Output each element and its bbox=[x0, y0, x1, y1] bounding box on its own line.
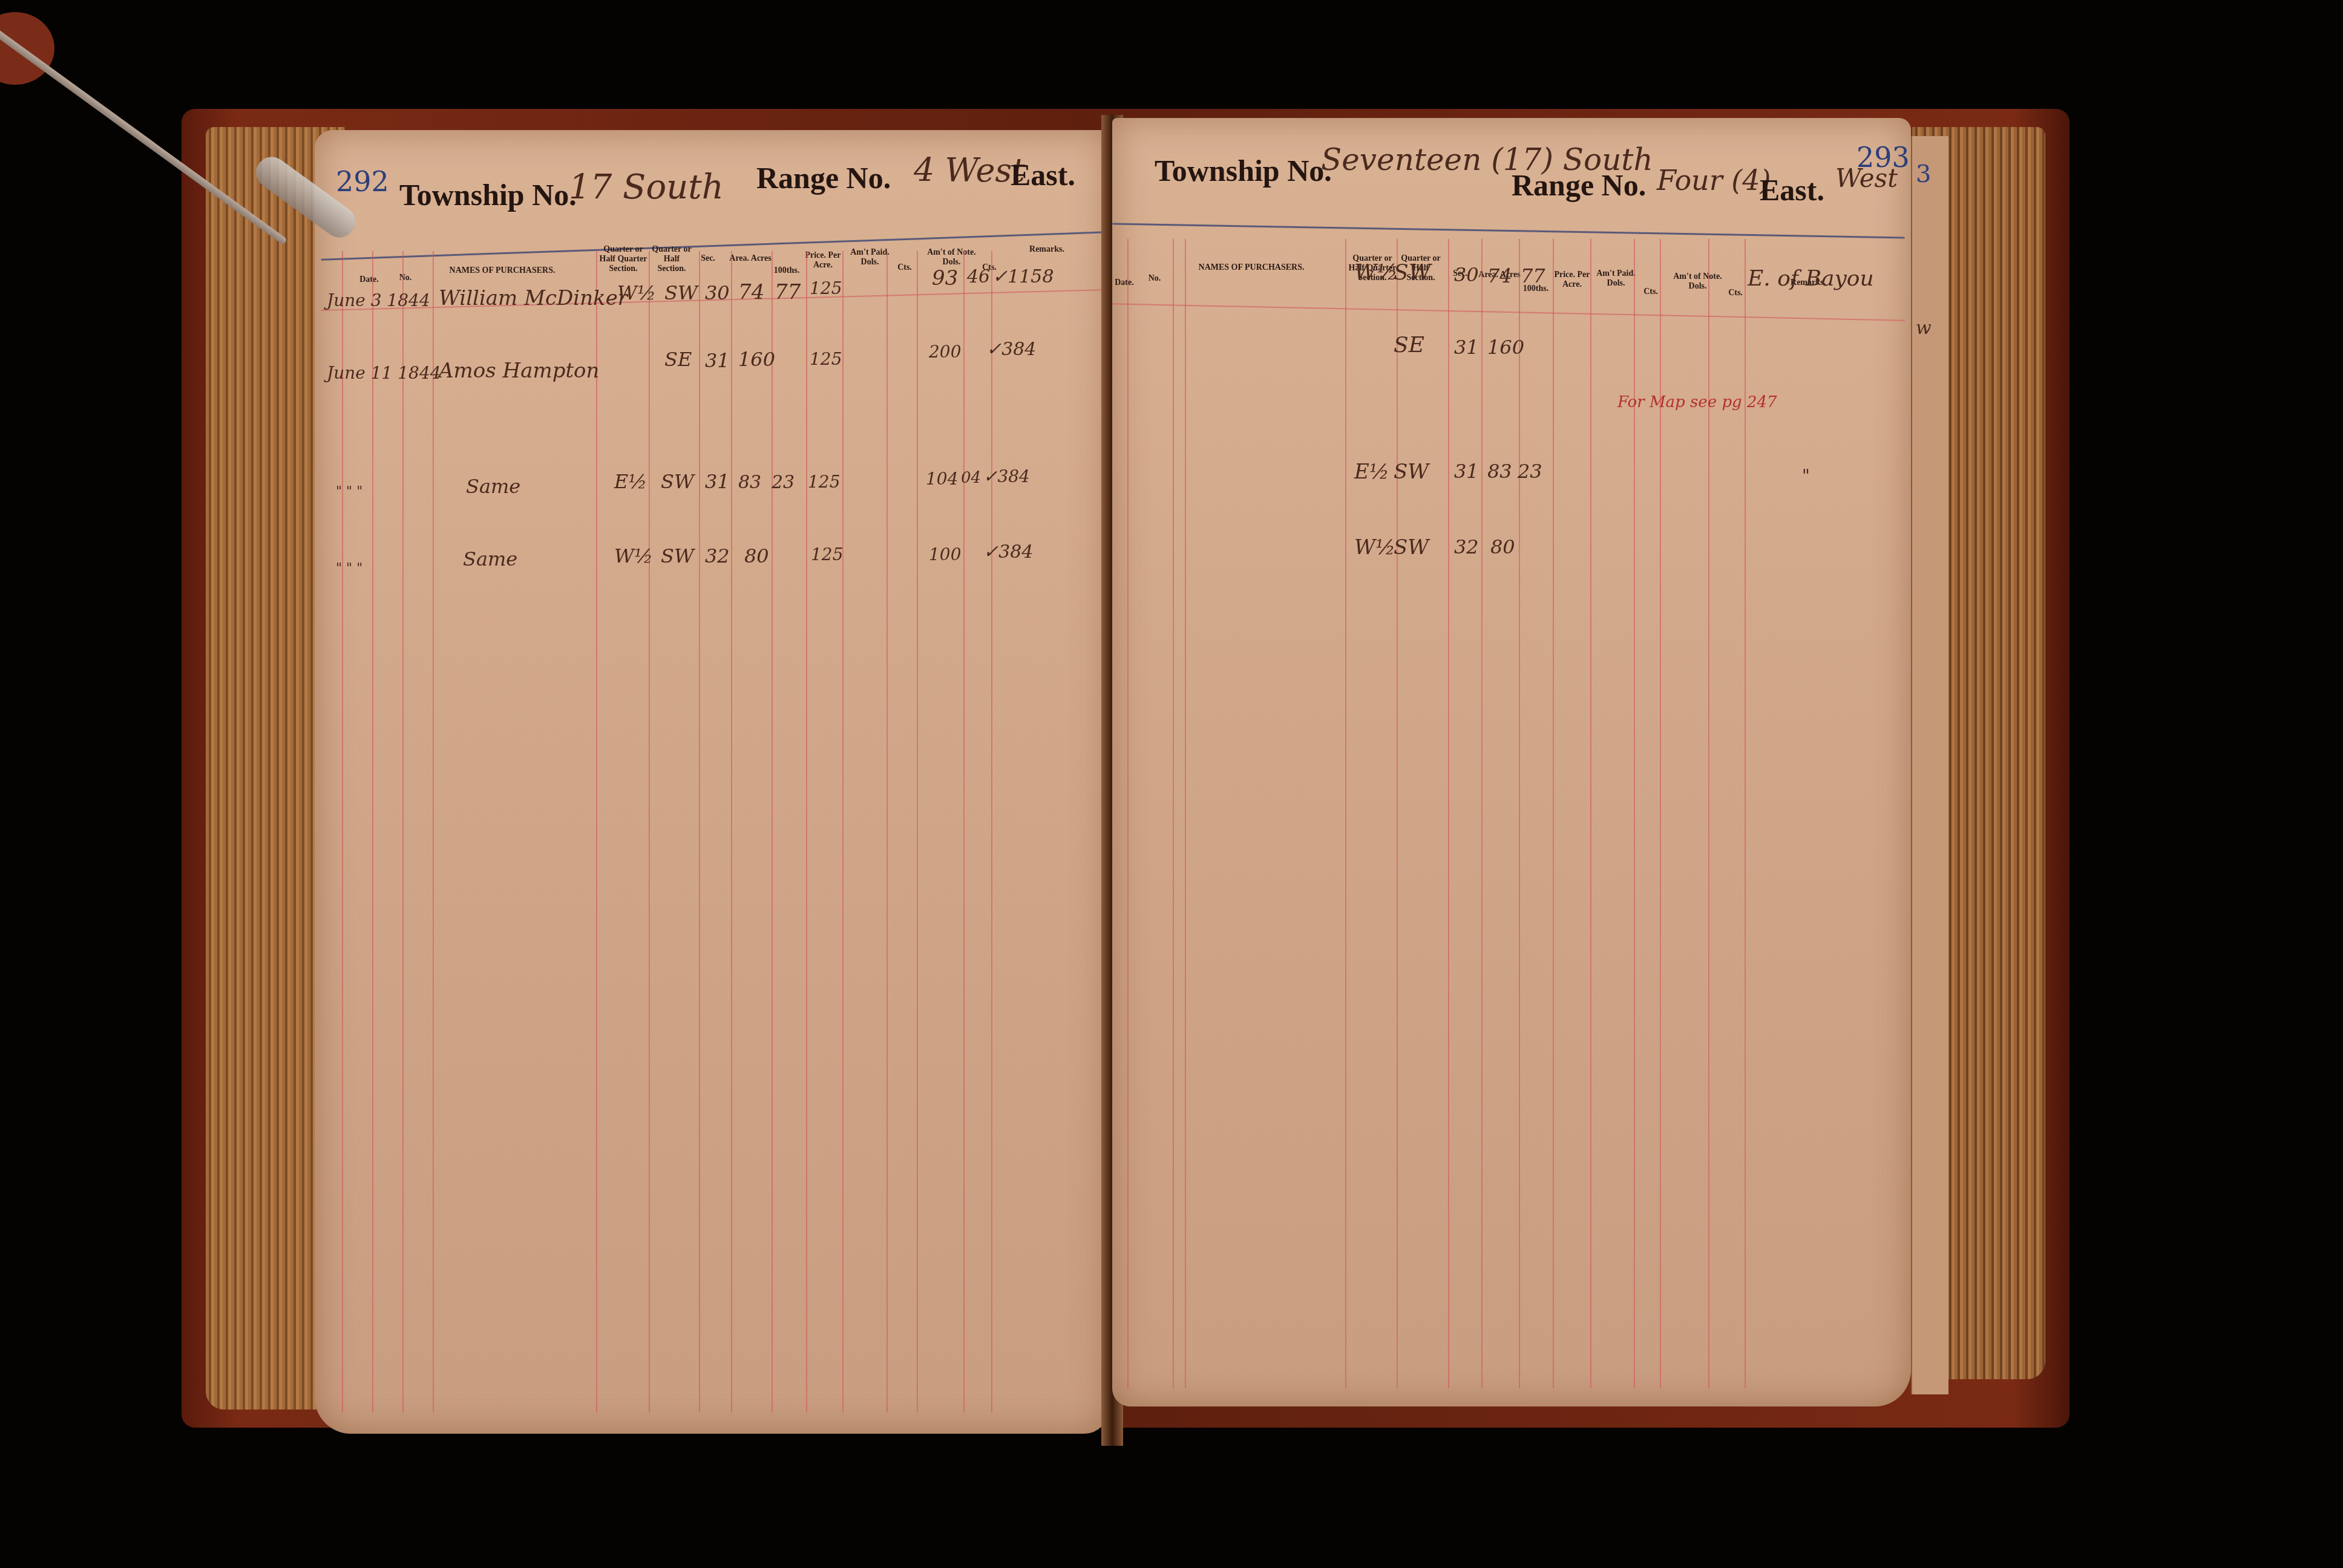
rule bbox=[699, 251, 700, 1413]
row2-acres: 160 bbox=[738, 348, 775, 371]
row2-name: Amos Hampton bbox=[439, 359, 599, 383]
col-no: No. bbox=[393, 273, 418, 283]
col-no: No. bbox=[1142, 274, 1167, 284]
rule bbox=[991, 251, 992, 1413]
row1-price: 125 bbox=[810, 278, 842, 298]
row3-hundredths: 23 bbox=[772, 472, 795, 493]
row1-note-dols: 93 bbox=[932, 266, 958, 290]
rule bbox=[886, 251, 888, 1413]
r-row4-acres: 80 bbox=[1490, 535, 1515, 558]
row4-date: " " " bbox=[336, 561, 362, 576]
left-township-label: Township No. bbox=[399, 177, 577, 212]
left-range-value: 4 West bbox=[914, 151, 1025, 189]
r-row3-hundredths: 23 bbox=[1518, 460, 1542, 483]
rule bbox=[806, 251, 807, 1413]
row3-acres: 83 bbox=[738, 472, 761, 493]
rule bbox=[842, 251, 844, 1413]
rule bbox=[1345, 239, 1346, 1388]
col-paid-dols: Am't Paid. Dols. bbox=[847, 248, 893, 267]
row3-note-dols: 104 bbox=[926, 469, 958, 489]
col-note-cts: Cts. bbox=[1723, 289, 1748, 298]
row1-name: William McDinker bbox=[439, 286, 628, 310]
col-names: NAMES OF PURCHASERS. bbox=[430, 266, 575, 276]
col-hundredths: 100ths. bbox=[772, 266, 802, 276]
r-row3-qh: SW bbox=[1394, 460, 1429, 484]
rule bbox=[433, 251, 434, 1413]
left-township-value: 17 South bbox=[569, 168, 724, 207]
row3-remarks: ✓384 bbox=[983, 466, 1030, 486]
r-row1-sec: 30 bbox=[1454, 263, 1479, 286]
rule bbox=[917, 251, 918, 1413]
rule bbox=[1745, 239, 1746, 1388]
col-qhq: Quarter or Half Quarter Section. bbox=[599, 245, 647, 274]
row3-note-cts: 04 bbox=[961, 469, 981, 487]
col-note-dols: Am't of Note. Dols. bbox=[1672, 272, 1723, 292]
rule bbox=[1397, 239, 1398, 1388]
rule bbox=[772, 251, 773, 1413]
rule bbox=[402, 251, 404, 1413]
row3-qhq: E½ bbox=[614, 470, 647, 493]
r-row1-acres: 74 bbox=[1487, 264, 1512, 287]
rule bbox=[1127, 239, 1129, 1388]
row4-note-dols: 100 bbox=[929, 544, 961, 564]
left-page-number: 292 bbox=[336, 165, 389, 198]
col-price: Price. Per Acre. bbox=[805, 251, 841, 270]
row4-acres: 80 bbox=[744, 544, 769, 567]
right-range-annotation: West bbox=[1835, 163, 1898, 193]
r-row3-qhq: E½ bbox=[1354, 460, 1389, 484]
rule bbox=[649, 251, 650, 1413]
left-page: 292 Township No. 17 South Range No. 4 We… bbox=[315, 130, 1109, 1434]
rule bbox=[342, 251, 343, 1413]
right-range-value: Four (4) bbox=[1657, 164, 1771, 197]
col-remarks: Remarks. bbox=[1004, 245, 1089, 255]
row4-price: 125 bbox=[811, 544, 843, 564]
row1-note-cts: 46 bbox=[967, 266, 990, 287]
row1-hundredths: 77 bbox=[775, 280, 801, 304]
red-annotation: For Map see pg 247 bbox=[1617, 393, 1777, 411]
row3-qh: SW bbox=[661, 470, 694, 493]
row2-date: June 11 1844 bbox=[327, 363, 441, 383]
r-row2-sec: 31 bbox=[1454, 336, 1479, 359]
row3-date: " " " bbox=[336, 484, 362, 499]
col-names: NAMES OF PURCHASERS. bbox=[1173, 263, 1330, 273]
rule bbox=[1519, 239, 1520, 1388]
row1-remarks: ✓1158 bbox=[992, 266, 1054, 287]
rule bbox=[731, 251, 732, 1413]
rule bbox=[963, 251, 965, 1413]
row1-qh: SW bbox=[664, 281, 698, 304]
next-leaf-edge: 3 w bbox=[1911, 136, 1948, 1394]
row4-qh: SW bbox=[661, 544, 694, 567]
right-page: 293 Township No. Seventeen (17) South Ra… bbox=[1112, 118, 1911, 1406]
row2-price: 125 bbox=[810, 349, 842, 369]
r-row3-sec: 31 bbox=[1454, 460, 1479, 483]
row2-note-dols: 200 bbox=[929, 342, 961, 362]
row4-remarks: ✓384 bbox=[983, 541, 1033, 563]
col-qh: Quarter or Half Section. bbox=[650, 245, 693, 274]
right-range-suffix: East. bbox=[1760, 172, 1824, 207]
rule bbox=[1660, 239, 1661, 1388]
col-date: Date. bbox=[348, 275, 390, 285]
r-row3-remarks: " bbox=[1802, 466, 1810, 486]
r-row2-qh: SE bbox=[1394, 333, 1424, 358]
col-paid-dols: Am't Paid. Dols. bbox=[1593, 269, 1639, 289]
row1-acres: 74 bbox=[738, 280, 764, 304]
r-row1-qh: SW bbox=[1394, 260, 1431, 285]
right-range-label: Range No. bbox=[1512, 168, 1646, 203]
row4-qhq: W½ bbox=[614, 544, 653, 567]
row2-remarks: ✓384 bbox=[986, 339, 1036, 360]
col-price: Price. Per Acre. bbox=[1554, 270, 1590, 290]
r-row3-acres: 83 bbox=[1487, 460, 1512, 483]
r-row4-qhq: W½ bbox=[1354, 535, 1395, 560]
rule bbox=[1634, 239, 1635, 1388]
row4-sec: 32 bbox=[705, 544, 730, 567]
next-leaf-text: w bbox=[1916, 318, 1932, 339]
rule bbox=[1481, 239, 1483, 1388]
rule bbox=[596, 251, 597, 1413]
right-township-label: Township No. bbox=[1155, 153, 1332, 188]
col-note-dols: Am't of Note. Dols. bbox=[926, 248, 977, 267]
row2-sec: 31 bbox=[705, 349, 730, 372]
left-range-suffix: East. bbox=[1011, 157, 1075, 192]
r-row1-remarks: E. of Bayou bbox=[1748, 266, 1874, 291]
col-date: Date. bbox=[1112, 278, 1136, 288]
r-row1-qhq: W½ bbox=[1354, 260, 1398, 285]
row4-name: Same bbox=[463, 547, 517, 570]
row3-sec: 31 bbox=[705, 470, 730, 493]
row3-price: 125 bbox=[808, 472, 840, 492]
r-row2-acres: 160 bbox=[1487, 336, 1524, 359]
rule bbox=[1448, 239, 1449, 1388]
header-rule bbox=[1112, 223, 1905, 239]
row1-qhq: W½ bbox=[617, 281, 656, 304]
col-paid-cts: Cts. bbox=[1639, 287, 1663, 297]
next-leaf-page-number: 3 bbox=[1916, 160, 1931, 188]
rule bbox=[1185, 239, 1186, 1388]
col-acres: Area. Acres bbox=[729, 254, 772, 264]
left-range-label: Range No. bbox=[756, 160, 891, 195]
row3-name: Same bbox=[466, 475, 520, 498]
row1-date: June 3 1844 bbox=[327, 290, 430, 310]
rule bbox=[1173, 239, 1174, 1388]
col-paid-cts: Cts. bbox=[893, 263, 917, 273]
hand-finger bbox=[0, 12, 54, 85]
header-bottom-rule bbox=[1112, 303, 1905, 321]
r-row4-sec: 32 bbox=[1454, 535, 1479, 558]
r-row1-hundredths: 77 bbox=[1521, 264, 1545, 287]
row2-qh: SE bbox=[664, 348, 692, 371]
rule bbox=[1708, 239, 1709, 1388]
r-row4-qh: SW bbox=[1394, 535, 1429, 560]
row1-sec: 30 bbox=[705, 281, 730, 304]
rule bbox=[1590, 239, 1591, 1388]
rule bbox=[372, 251, 373, 1413]
rule bbox=[1553, 239, 1554, 1388]
